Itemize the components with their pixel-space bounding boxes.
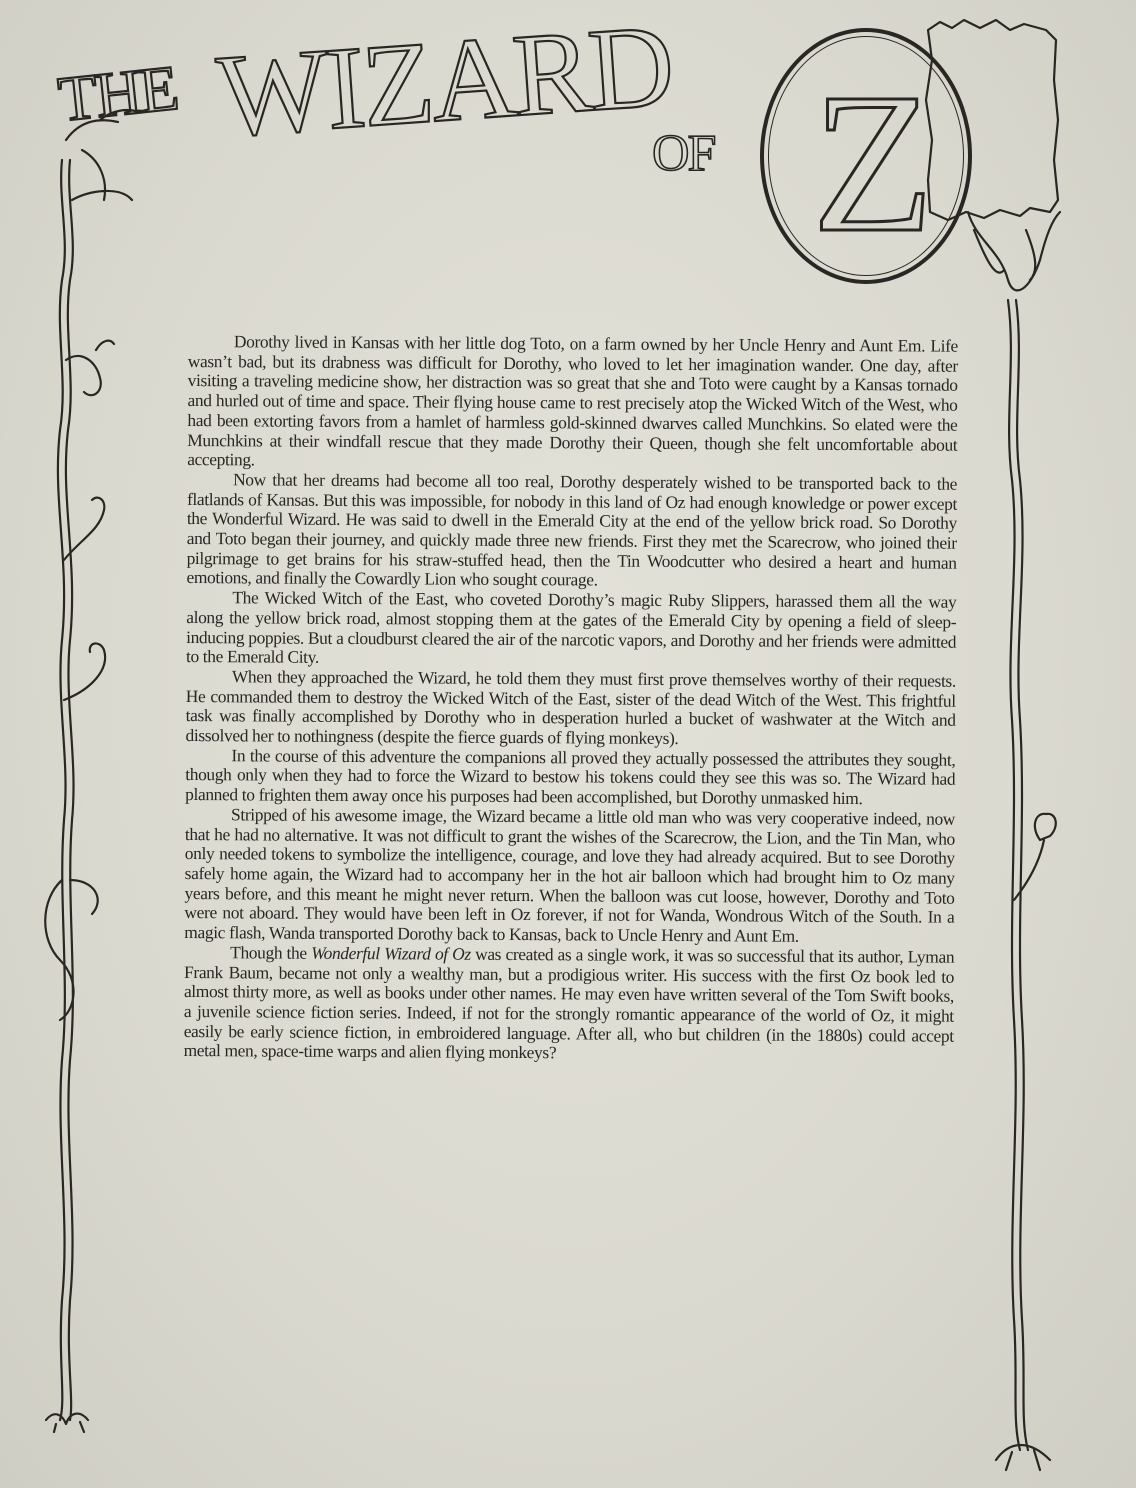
left-vine-icon [45, 110, 138, 1432]
right-vine-icon [968, 212, 1060, 1470]
title-letter-z: Z [808, 64, 938, 264]
book-page: THE WIZARD OF Z Dorothy lived in Kansas … [0, 0, 1136, 1488]
article-body: Dorothy lived in Kansas with her little … [184, 332, 958, 1066]
paragraph-7-rest: was created as a single work, it was so … [184, 944, 955, 1063]
paragraph-7: Though the Wonderful Wizard of Oz was cr… [184, 943, 955, 1066]
paragraph-4: When they approached the Wizard, he told… [185, 667, 955, 751]
paragraph-5: In the course of this adventure the comp… [185, 746, 955, 810]
paragraph-2: Now that her dreams had become all too r… [186, 470, 957, 593]
paragraph-7-lead: Though the [230, 942, 311, 962]
paragraph-6: Stripped of his awesome image, the Wizar… [184, 805, 955, 948]
paragraph-3: The Wicked Witch of the East, who covete… [186, 588, 956, 672]
title-word-the: THE [55, 56, 179, 132]
book-title-italic: Wonderful Wizard of Oz [311, 943, 471, 964]
title-word-of: OF [652, 128, 714, 180]
paragraph-1: Dorothy lived in Kansas with her little … [187, 332, 958, 475]
title-word-wizard: WIZARD [214, 7, 675, 156]
